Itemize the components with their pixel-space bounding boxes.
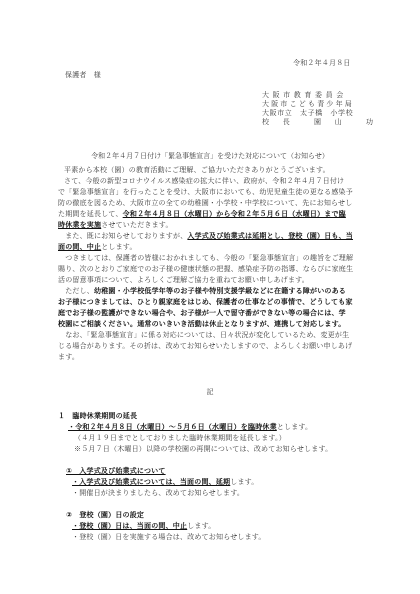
section2-item-plain: します。	[230, 478, 258, 486]
closure-emphasis: 時休業を実施	[58, 221, 101, 229]
body-p2-l5: 時休業を実施させていただきます。	[58, 221, 173, 230]
document-date: 令和２年４月８日	[293, 59, 351, 68]
body-p5-l1-plain: ただし、	[58, 287, 94, 295]
section3-item-emphasis: ・登校（園）日は、当面の間、中止	[72, 522, 187, 530]
body-p2-l3: 防の徹底を図るため、大阪市立の全ての幼稚園・小学校・中学校について、先にお知らせ…	[58, 199, 352, 208]
ceremony-emphasis: 入学式及び始業式は延期とし、登校（園）日も、当	[187, 232, 353, 240]
section3-heading: ② 登校（園）日の設定	[66, 511, 144, 520]
section2-item-emphasis: ・入学式及び始業式については、当面の間、延期	[72, 478, 230, 486]
body-p2-l4: た期間を延長して、令和２年４月８日（水曜日）から令和２年５月６日（水曜日）まで臨	[58, 210, 346, 219]
addressee: 保護者 様	[65, 71, 101, 80]
document-title: 令和２年４月７日付け「緊急事態宣言」を受けた対応について（お知らせ）	[0, 151, 420, 161]
body-p3-l2-plain: とします。	[101, 243, 136, 251]
body-p1: 平素から本校（園）の教育活動にご理解、ご協力いただきありがとうございます。	[64, 166, 330, 175]
section1-item-emphasis: ・令和２年４月８日（水曜日）～５月６日（水曜日）を臨時休業	[68, 423, 277, 431]
body-p2-l5-plain: させていただきます。	[101, 221, 172, 229]
body-p6-l1: なお、「緊急事態宣言」に係る対応については、日々状況が変化しているため、変更が生	[58, 331, 349, 340]
section2-heading: ① 入学式及び始業式について	[66, 467, 166, 476]
sender-principal: 校 長 園 山 功	[262, 118, 376, 128]
body-p4-l1: つきましては、保護者の皆様におかれましても、今般の「緊急事態宣言」の趣旨をご理解	[58, 254, 353, 263]
closure-period-emphasis: 令和２年４月８日（水曜日）から令和２年５月６日（水曜日）まで臨	[123, 210, 346, 218]
body-p5-l2: お子様につきましては、ひとり親家庭をはじめ、保護者の仕事などの事情で、どうしても…	[58, 298, 353, 307]
body-p6-l3: ます。	[58, 353, 79, 362]
body-p5-l4: 校園にご相談ください。通常のいきいき活動は休止となりますが、連携して対応します。	[58, 320, 345, 329]
body-p2-l2: で「緊急事態宣言」を行ったことを受け、大阪市においても、幼児児童生徒の更なる感染…	[58, 188, 353, 197]
body-p6-l2: じる場合があります。その折は、改めてお知らせいたしますので、よろしくお願い申しあ…	[58, 342, 352, 351]
section1-item-plain: とします。	[277, 423, 312, 431]
body-p3-l1-plain: また、既にお知らせしておりますが、	[58, 232, 187, 240]
body-p5-l3: 庭でお子様の監護ができない場合や、お子様が一人で留守番ができない等の場合には、学	[58, 309, 346, 318]
body-p5-l1: ただし、幼稚園・小学校低学年等のお子様や特別支援学級などに在籍する障がいのある	[58, 287, 346, 296]
ceremony-emphasis-cont: 面の間、中止	[58, 243, 101, 251]
body-p4-l3: 活の留意事項について、よろしくご理解ご協力を重ねてお願い申しあげます。	[58, 276, 309, 285]
body-p3-l2: 面の間、中止とします。	[58, 243, 137, 252]
section2-item: ・入学式及び始業式については、当面の間、延期します。	[72, 478, 259, 487]
section1-note2: ※５月７日（木曜日）以降の学校園の再開については、改めてお知らせします。	[74, 445, 332, 454]
section3-item: ・登校（園）日は、当面の間、中止します。	[72, 522, 215, 531]
section1-heading: １ 臨時休業期間の延長	[58, 412, 137, 421]
body-p2-l4-plain: た期間を延長して、	[58, 210, 123, 218]
section1-note1: （４月１９日までとしておりました臨時休業期間を延長します。）	[74, 434, 286, 443]
body-p4-l2: 賜り、次のとおりご家庭でのお子様の健康状態の把握、感染症予防の指導、ならびに家庭…	[58, 265, 353, 274]
document-page: 令和２年４月８日 保護者 様 大阪市教育委員会 大阪市こども青少年局 大阪市立 …	[0, 0, 420, 594]
special-care-notice: 幼稚園・小学校低学年等のお子様や特別支援学級などに在籍する障がいのある	[94, 287, 346, 295]
body-p3-l1: また、既にお知らせしておりますが、入学式及び始業式は延期とし、登校（園）日も、当	[58, 232, 353, 241]
body-p2-l1: さて、今般の新型コロナウイルス感染症の拡大に伴い、政府が、令和２年４月７日付け	[64, 177, 344, 186]
ki-heading: 記	[0, 387, 420, 397]
section1-item: ・令和２年４月８日（水曜日）～５月６日（水曜日）を臨時休業とします。	[68, 423, 312, 432]
section2-note: ・開催日が決まりましたら、改めてお知らせします。	[72, 489, 244, 498]
section2-heading-text: ① 入学式及び始業式について	[66, 467, 166, 475]
section3-note: ・登校（園）日を実施する場合は、改めてお知らせします。	[72, 533, 266, 542]
section3-item-plain: します。	[187, 522, 215, 530]
